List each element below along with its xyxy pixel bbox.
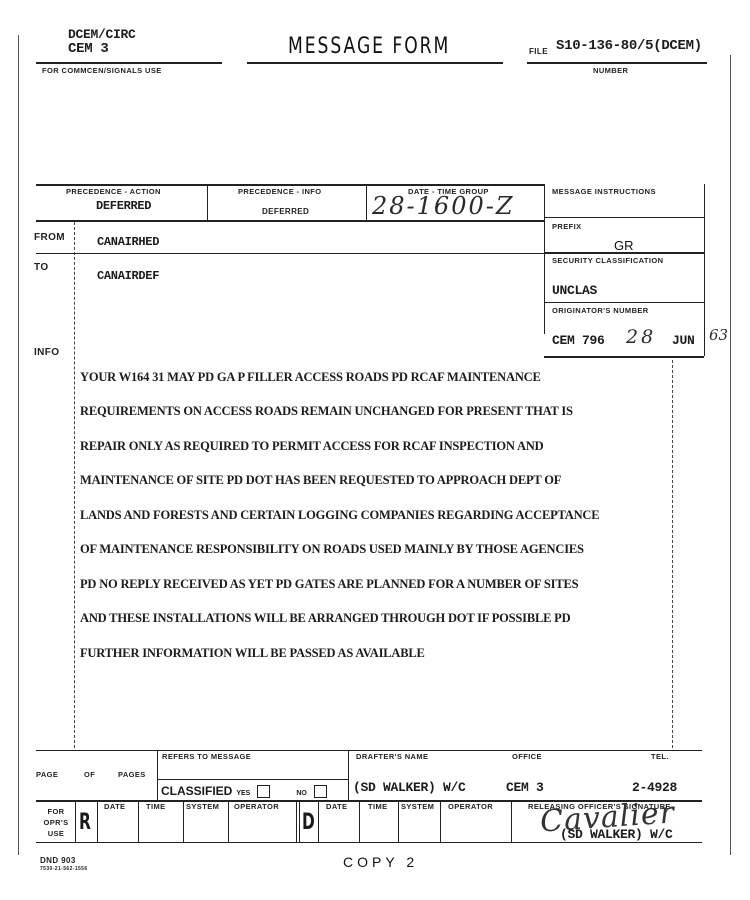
message-right-margin — [672, 360, 673, 748]
commcen-label: FOR COMMCEN/SIGNALS USE — [42, 66, 162, 75]
message-instructions-label: MESSAGE INSTRUCTIONS — [552, 187, 656, 196]
classified-yes-checkbox[interactable] — [257, 785, 270, 798]
prefix-value[interactable]: GR — [614, 238, 634, 253]
office-label: OFFICE — [512, 752, 542, 761]
from-bottom-rule — [36, 253, 544, 254]
receive-mark: R — [79, 810, 91, 835]
prefix-label: PREFIX — [552, 222, 582, 231]
commcen-line-1: DCEM/CIRC — [68, 27, 136, 42]
pages-label: PAGES — [118, 770, 146, 779]
page-title: MESSAGE FORM — [288, 34, 450, 59]
prefix-top-rule — [544, 217, 704, 218]
opr-divider-releasing — [511, 800, 512, 842]
file-label: FILE — [529, 47, 548, 56]
oprs-label: OPR'S — [40, 817, 72, 828]
precedence-divider-1 — [207, 184, 208, 220]
r-time-label: TIME — [146, 802, 166, 811]
opr-divider-d-left-a — [296, 800, 297, 842]
classified-label: CLASSIFIED — [161, 784, 232, 798]
page-label: PAGE — [36, 770, 58, 779]
tel-label: TEL. — [651, 752, 669, 761]
message-line: PD NO REPLY RECEIVED AS YET PD GATES ARE… — [80, 577, 578, 592]
of-label: OF — [84, 770, 95, 779]
message-line: REQUIREMENTS ON ACCESS ROADS REMAIN UNCH… — [80, 404, 573, 419]
commcen-line-2: CEM 3 — [68, 41, 109, 57]
message-line: REPAIR ONLY AS REQUIRED TO PERMIT ACCESS… — [80, 439, 543, 454]
message-line: FURTHER INFORMATION WILL BE PASSED AS AV… — [80, 646, 425, 661]
originator-top-rule — [544, 302, 704, 303]
page-left-edge — [18, 35, 19, 855]
opr-divider-d-date — [359, 800, 360, 842]
r-system-label: SYSTEM — [186, 802, 219, 811]
security-classification-value[interactable]: UNCLAS — [552, 283, 597, 298]
classified-row: CLASSIFIED YES NO — [161, 782, 327, 800]
d-date-label: DATE — [326, 802, 347, 811]
releasing-officer-typed: (SD WALKER) W/C — [560, 827, 673, 842]
footer-divider-page — [157, 750, 158, 800]
originator-number-typed[interactable]: CEM 796 — [552, 333, 605, 348]
security-classification-label: SECURITY CLASSIFICATION — [552, 256, 663, 265]
address-column-divider — [74, 222, 75, 748]
page-right-edge — [730, 55, 731, 855]
info-label: INFO — [34, 347, 60, 358]
operator-row-bottom-rule — [36, 842, 702, 843]
r-date-label: DATE — [104, 802, 125, 811]
security-top-rule — [544, 252, 704, 254]
message-line: AND THESE INSTALLATIONS WILL BE ARRANGED… — [80, 611, 570, 626]
r-operator-label: OPERATOR — [234, 802, 279, 811]
drafters-name-label: DRAFTER'S NAME — [356, 752, 428, 761]
opr-divider-d-right — [318, 800, 319, 842]
opr-divider-d-left-b — [299, 800, 300, 842]
d-system-label: SYSTEM — [401, 802, 434, 811]
precedence-info-value[interactable]: DEFERRED — [262, 207, 309, 216]
originator-month: JUN — [672, 333, 695, 348]
copy-label: COPY 2 — [343, 854, 418, 870]
to-value[interactable]: CANAIRDEF — [97, 269, 159, 283]
message-line: YOUR W164 31 MAY PD GA P FILLER ACCESS R… — [80, 370, 541, 385]
refers-to-message-label: REFERS TO MESSAGE — [162, 752, 251, 761]
precedence-divider-2 — [366, 184, 367, 220]
form-number: DND 903 — [40, 856, 76, 865]
opr-divider-r-right — [97, 800, 98, 842]
precedence-info-label: PRECEDENCE - INFO — [238, 187, 321, 196]
classified-top-rule — [157, 779, 348, 780]
tel-value[interactable]: 2-4928 — [632, 780, 677, 795]
classified-yes-label: YES — [236, 790, 250, 797]
deliver-mark: D — [302, 810, 315, 835]
stock-number: 7530-21-562-1556 — [40, 866, 88, 872]
from-label: FROM — [34, 232, 65, 243]
message-line: LANDS AND FORESTS AND CERTAIN LOGGING CO… — [80, 508, 599, 523]
for-oprs-use-label: FOR OPR'S USE — [40, 806, 72, 839]
from-value[interactable]: CANAIRHED — [97, 235, 159, 249]
originator-year-hand: 63 — [709, 326, 728, 344]
commcen-underline — [36, 62, 222, 64]
d-time-label: TIME — [368, 802, 388, 811]
opr-divider-d-system — [440, 800, 441, 842]
message-line: MAINTENANCE OF SITE PD DOT HAS BEEN REQU… — [80, 473, 561, 488]
number-label: NUMBER — [593, 66, 628, 75]
date-time-group-value[interactable]: 28-1600-Z — [372, 192, 515, 220]
file-number: S10-136-80/5(DCEM) — [556, 38, 702, 54]
for-label: FOR — [40, 806, 72, 817]
precedence-divider-3 — [544, 184, 545, 334]
drafters-name-value[interactable]: (SD WALKER) W/C — [353, 780, 466, 795]
precedence-top-rule — [36, 184, 544, 186]
opr-divider-r-time — [183, 800, 184, 842]
originator-bottom-rule — [544, 356, 704, 358]
opr-divider-d-time — [398, 800, 399, 842]
opr-divider-r-left — [75, 800, 76, 842]
originator-day-hand: 28 — [626, 326, 656, 348]
footer-top-rule — [36, 750, 702, 751]
footer-divider-refers — [348, 750, 349, 800]
file-underline — [527, 62, 707, 64]
office-value[interactable]: CEM 3 — [506, 780, 544, 795]
title-underline — [247, 62, 503, 64]
originator-number-label: ORIGINATOR'S NUMBER — [552, 306, 649, 315]
to-label: TO — [34, 262, 49, 273]
precedence-action-label: PRECEDENCE - ACTION — [66, 187, 161, 196]
use-label: USE — [40, 828, 72, 839]
precedence-bottom-rule — [36, 220, 544, 222]
right-panel-right-edge — [704, 184, 705, 356]
opr-divider-r-system — [228, 800, 229, 842]
classified-no-checkbox[interactable] — [314, 785, 327, 798]
precedence-action-value[interactable]: DEFERRED — [96, 199, 151, 213]
message-line: OF MAINTENANCE RESPONSIBILITY ON ROADS U… — [80, 542, 584, 557]
d-operator-label: OPERATOR — [448, 802, 493, 811]
opr-divider-r-date — [138, 800, 139, 842]
classified-no-label: NO — [296, 790, 307, 797]
